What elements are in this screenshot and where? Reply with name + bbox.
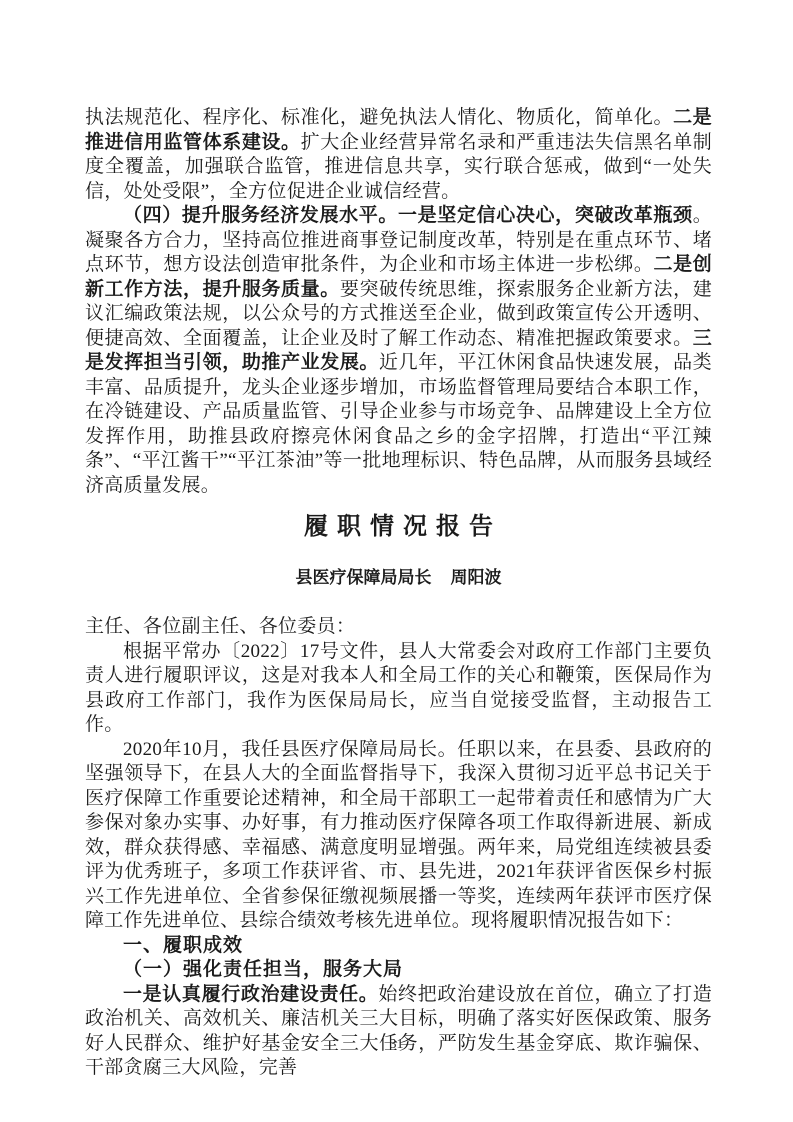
report-byline: 县医疗保障局局长周阳波 bbox=[85, 567, 712, 588]
text-run: 执法规范化、程序化、标准化，避免执法人情化、物质化，简单化。 bbox=[85, 107, 673, 128]
salutation: 主任、各位副主任、各位委员： bbox=[85, 615, 712, 640]
text-run: 近几年，平江休闲食品快速发展，品类丰富、品质提升，龙头企业逐步增加，市场监督管理… bbox=[85, 352, 712, 496]
paragraph: （四）提升服务经济发展水平。一是坚定信心决心，突破改革瓶颈。凝聚各方合力，坚持高… bbox=[85, 204, 712, 498]
paragraph: 执法规范化、程序化、标准化，避免执法人情化、物质化，简单化。二是推进信用监管体系… bbox=[85, 106, 712, 204]
paragraph: 一是认真履行政治建设责任。始终把政治建设放在首位，确立了打造政治机关、高效机关、… bbox=[85, 983, 712, 1081]
byline-role: 县医疗保障局局长 bbox=[296, 568, 432, 587]
bold-text-run: 一是认真履行政治建设责任。 bbox=[123, 984, 378, 1005]
section-heading: 一、履职成效 bbox=[85, 934, 712, 959]
bold-text-run: （一）强化责任担当，服务大局 bbox=[123, 959, 403, 980]
bold-text-run: （四）提升服务经济发展水平。一是坚定信心决心，突破改革瓶颈 bbox=[123, 205, 693, 226]
text-run: 根据平常办〔2022〕17号文件，县人大常委会对政府工作部门主要负责人进行履职评… bbox=[85, 641, 712, 736]
text-run: 主任、各位副主任、各位委员： bbox=[85, 616, 355, 637]
paragraph: 根据平常办〔2022〕17号文件，县人大常委会对政府工作部门主要负责人进行履职评… bbox=[85, 640, 712, 738]
byline-name: 周阳波 bbox=[451, 568, 502, 587]
text-run: 2020年10月，我任县医疗保障局局长。任职以来，在县委、县政府的坚强领导下，在… bbox=[85, 739, 712, 932]
section-heading: （一）强化责任担当，服务大局 bbox=[85, 958, 712, 983]
paragraph: 2020年10月，我任县医疗保障局局长。任职以来，在县委、县政府的坚强领导下，在… bbox=[85, 738, 712, 934]
bold-text-run: 一、履职成效 bbox=[123, 935, 243, 956]
page-number: 31 bbox=[0, 1036, 793, 1054]
document-content: 执法规范化、程序化、标准化，避免执法人情化、物质化，简单化。二是推进信用监管体系… bbox=[85, 106, 712, 1081]
report-title: 履职情况报告 bbox=[85, 512, 712, 542]
document-page: 执法规范化、程序化、标准化，避免执法人情化、物质化，简单化。二是推进信用监管体系… bbox=[0, 0, 793, 1122]
